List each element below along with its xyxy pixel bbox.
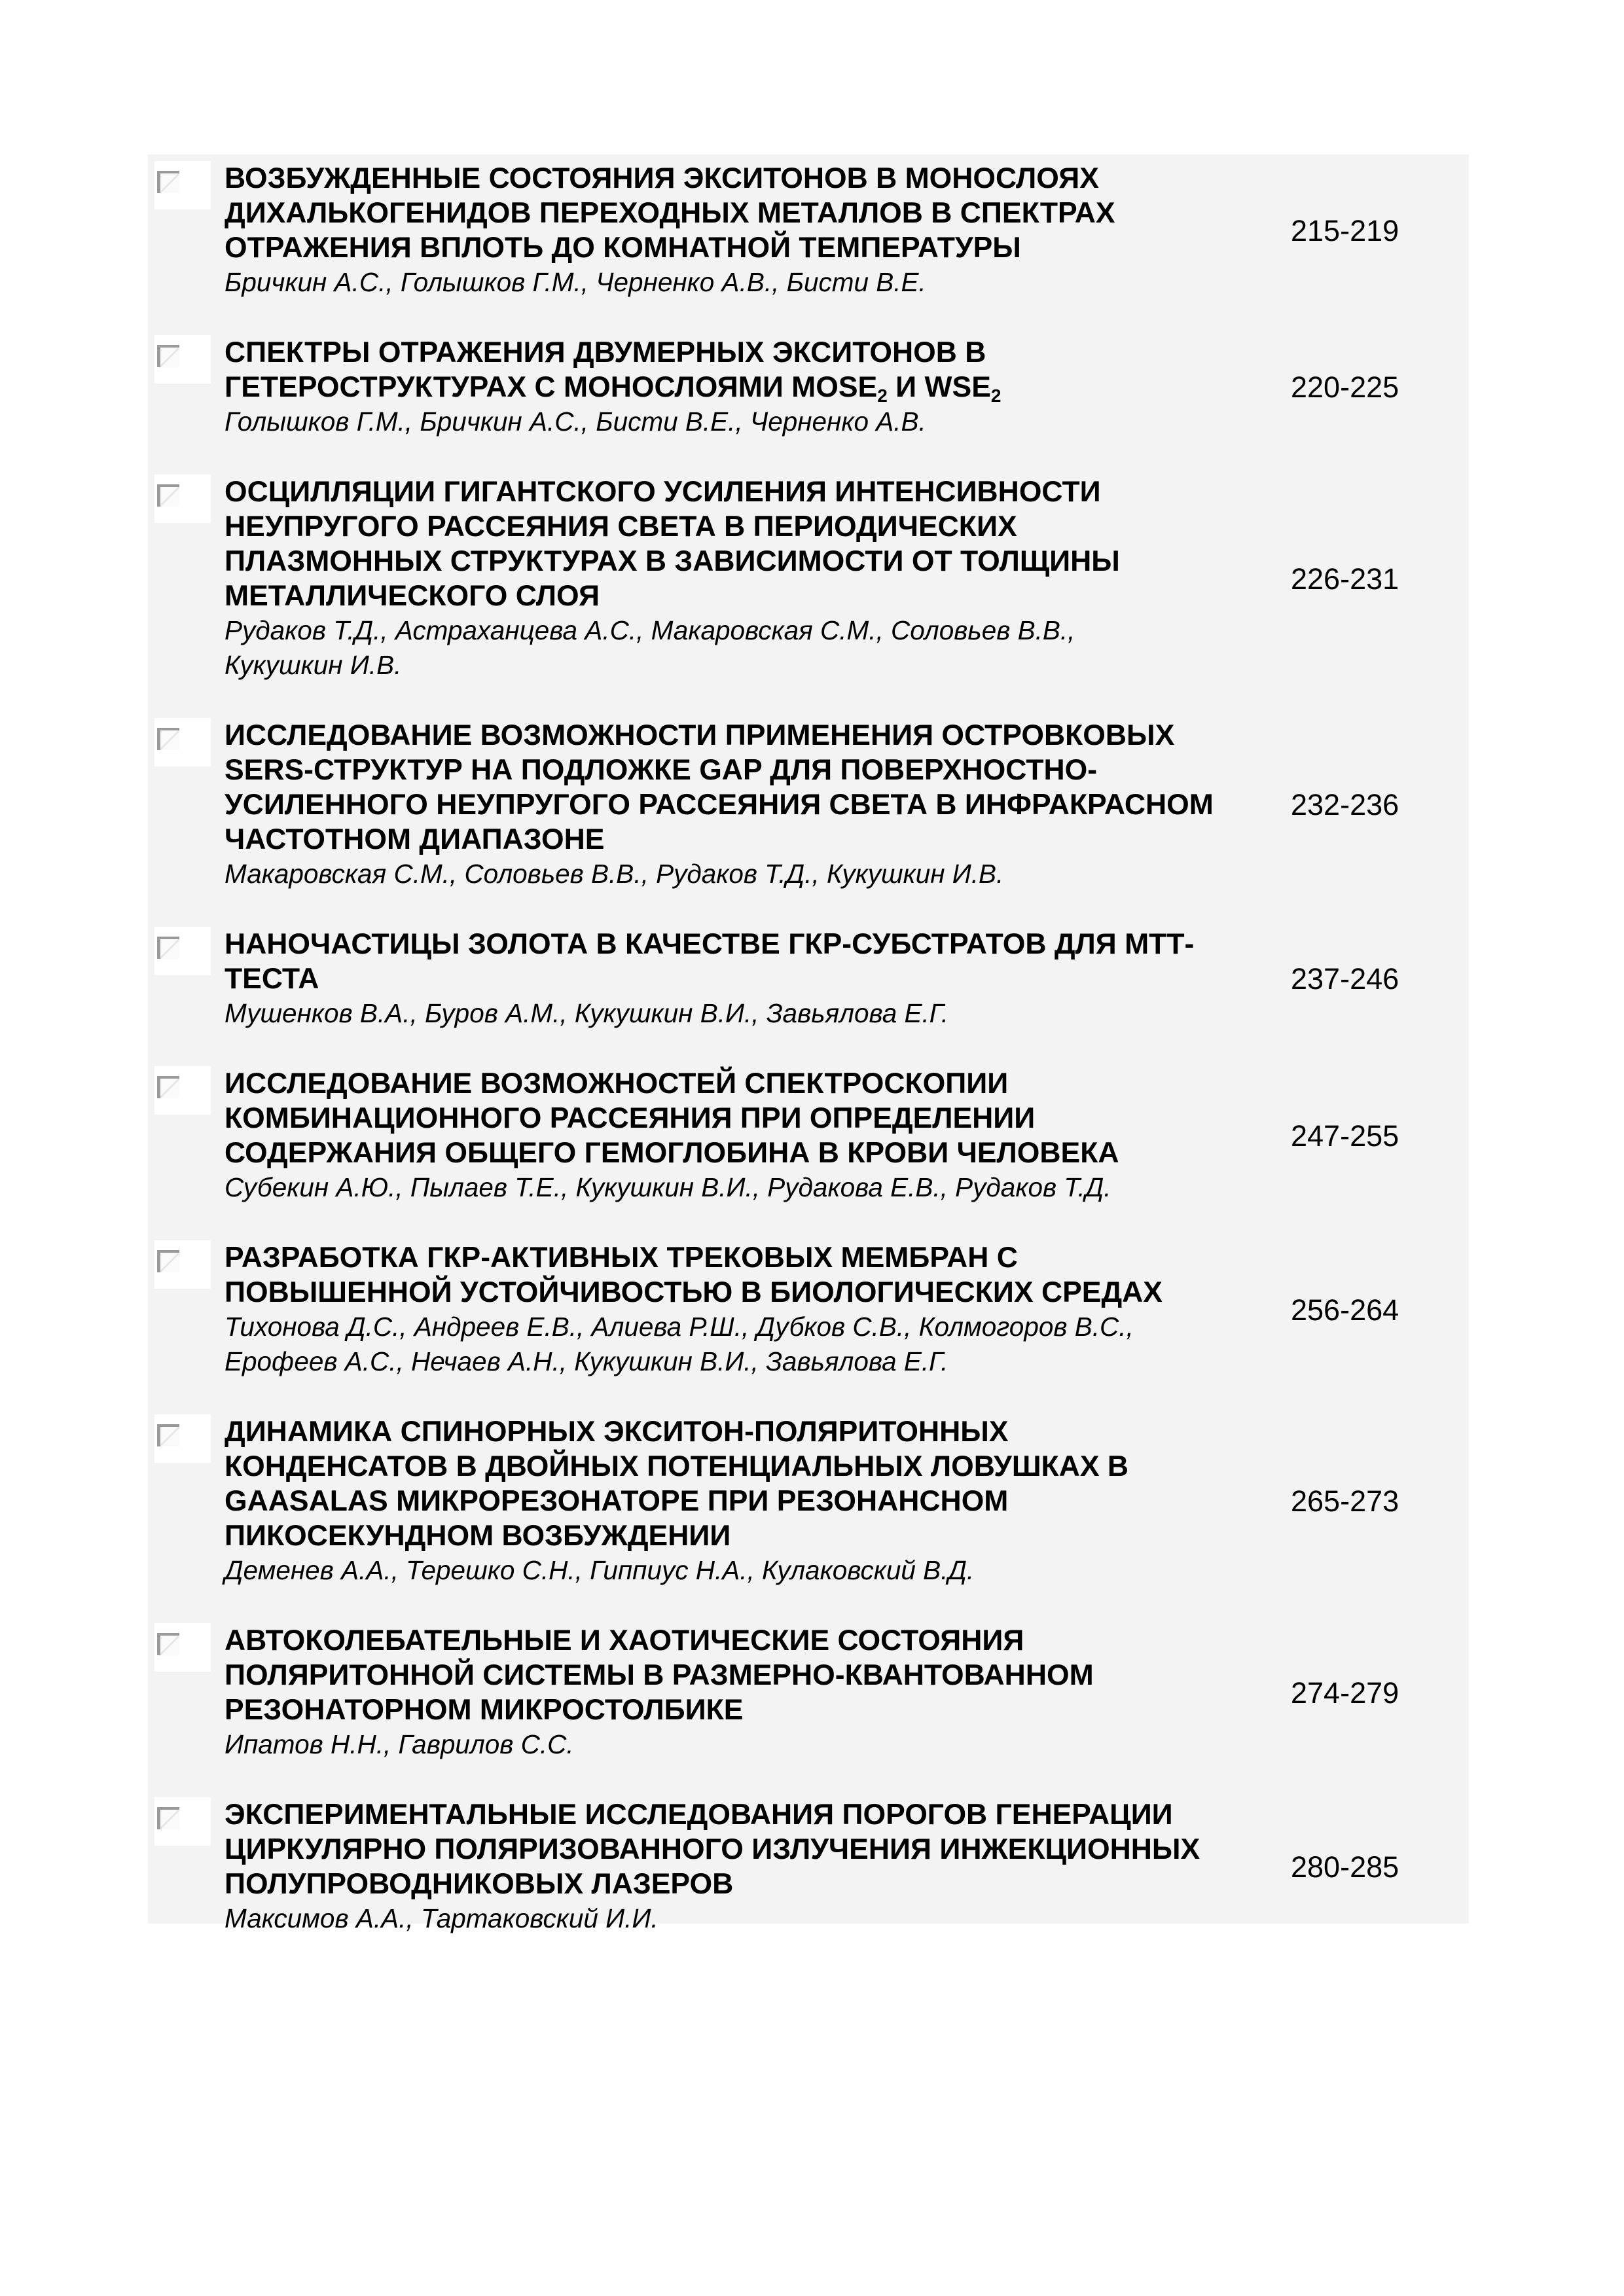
toc-entry: ЭКСПЕРИМЕНТАЛЬНЫЕ ИССЛЕДОВАНИЯ ПОРОГОВ Г… bbox=[148, 1791, 1469, 1965]
checkbox-icon bbox=[157, 1424, 179, 1446]
table-of-contents: ВОЗБУЖДЕННЫЕ СОСТОЯНИЯ ЭКСИТОНОВ В МОНОС… bbox=[148, 154, 1469, 1924]
select-article-checkbox[interactable] bbox=[154, 161, 211, 209]
checkbox-cell bbox=[148, 329, 225, 468]
checkbox-icon bbox=[157, 937, 179, 959]
article-cell: ДИНАМИКА СПИНОРНЫХ ЭКСИТОН-ПОЛЯРИТОННЫХ … bbox=[225, 1408, 1239, 1617]
checkbox-icon bbox=[157, 1807, 179, 1829]
toc-entry: ОСЦИЛЛЯЦИИ ГИГАНТСКОГО УСИЛЕНИЯ ИНТЕНСИВ… bbox=[148, 468, 1469, 711]
article-title[interactable]: ДИНАМИКА СПИНОРНЫХ ЭКСИТОН-ПОЛЯРИТОННЫХ … bbox=[225, 1414, 1239, 1553]
article-cell: ОСЦИЛЛЯЦИИ ГИГАНТСКОГО УСИЛЕНИЯ ИНТЕНСИВ… bbox=[225, 468, 1239, 711]
checkbox-cell bbox=[148, 1617, 225, 1791]
article-cell: ИССЛЕДОВАНИЕ ВОЗМОЖНОСТИ ПРИМЕНЕНИЯ ОСТР… bbox=[225, 711, 1239, 920]
checkbox-cell bbox=[148, 1234, 225, 1408]
toc-entry: СПЕКТРЫ ОТРАЖЕНИЯ ДВУМЕРНЫХ ЭКСИТОНОВ В … bbox=[148, 329, 1469, 468]
toc-entry: РАЗРАБОТКА ГКР-АКТИВНЫХ ТРЕКОВЫХ МЕМБРАН… bbox=[148, 1234, 1469, 1408]
checkbox-cell bbox=[148, 711, 225, 920]
article-pages: 247-255 bbox=[1239, 1060, 1469, 1234]
select-article-checkbox[interactable] bbox=[154, 1240, 211, 1289]
article-pages: 265-273 bbox=[1239, 1408, 1469, 1617]
select-article-checkbox[interactable] bbox=[154, 718, 211, 766]
article-authors: Бричкин А.С., Голышков Г.М., Черненко А.… bbox=[225, 265, 1193, 300]
checkbox-cell bbox=[148, 1060, 225, 1234]
checkbox-icon bbox=[157, 345, 179, 367]
article-authors: Голышков Г.М., Бричкин А.С., Бисти В.Е.,… bbox=[225, 404, 1193, 439]
toc-entry: ИССЛЕДОВАНИЕ ВОЗМОЖНОСТИ ПРИМЕНЕНИЯ ОСТР… bbox=[148, 711, 1469, 920]
toc-entry: ИССЛЕДОВАНИЕ ВОЗМОЖНОСТЕЙ СПЕКТРОСКОПИИ … bbox=[148, 1060, 1469, 1234]
select-article-checkbox[interactable] bbox=[154, 1066, 211, 1115]
checkbox-cell bbox=[148, 468, 225, 711]
article-pages: 280-285 bbox=[1239, 1791, 1469, 1965]
article-title[interactable]: ИССЛЕДОВАНИЕ ВОЗМОЖНОСТИ ПРИМЕНЕНИЯ ОСТР… bbox=[225, 718, 1239, 857]
article-title[interactable]: РАЗРАБОТКА ГКР-АКТИВНЫХ ТРЕКОВЫХ МЕМБРАН… bbox=[225, 1240, 1239, 1310]
article-pages: 256-264 bbox=[1239, 1234, 1469, 1408]
article-title[interactable]: ОСЦИЛЛЯЦИИ ГИГАНТСКОГО УСИЛЕНИЯ ИНТЕНСИВ… bbox=[225, 475, 1239, 613]
select-article-checkbox[interactable] bbox=[154, 927, 211, 975]
checkbox-cell bbox=[148, 154, 225, 329]
article-title[interactable]: ВОЗБУЖДЕННЫЕ СОСТОЯНИЯ ЭКСИТОНОВ В МОНОС… bbox=[225, 161, 1239, 265]
checkbox-icon bbox=[157, 484, 179, 507]
checkbox-icon bbox=[157, 171, 179, 193]
article-authors: Рудаков Т.Д., Астраханцева А.С., Макаров… bbox=[225, 613, 1193, 683]
article-title[interactable]: ИССЛЕДОВАНИЕ ВОЗМОЖНОСТЕЙ СПЕКТРОСКОПИИ … bbox=[225, 1066, 1239, 1170]
article-authors: Тихонова Д.С., Андреев Е.В., Алиева Р.Ш.… bbox=[225, 1310, 1193, 1379]
checkbox-icon bbox=[157, 1250, 179, 1272]
article-pages: 274-279 bbox=[1239, 1617, 1469, 1791]
article-title[interactable]: АВТОКОЛЕБАТЕЛЬНЫЕ И ХАОТИЧЕСКИЕ СОСТОЯНИ… bbox=[225, 1623, 1239, 1727]
select-article-checkbox[interactable] bbox=[154, 475, 211, 523]
article-title[interactable]: СПЕКТРЫ ОТРАЖЕНИЯ ДВУМЕРНЫХ ЭКСИТОНОВ В … bbox=[225, 335, 1239, 404]
checkbox-icon bbox=[157, 1633, 179, 1655]
toc-entry: НАНОЧАСТИЦЫ ЗОЛОТА В КАЧЕСТВЕ ГКР-СУБСТР… bbox=[148, 920, 1469, 1060]
article-authors: Ипатов Н.Н., Гаврилов С.С. bbox=[225, 1727, 1193, 1762]
checkbox-cell bbox=[148, 920, 225, 1060]
subscript: 2 bbox=[991, 386, 1001, 406]
checkbox-cell bbox=[148, 1791, 225, 1965]
article-authors: Максимов А.А., Тартаковский И.И. bbox=[225, 1901, 1193, 1936]
toc-entry: АВТОКОЛЕБАТЕЛЬНЫЕ И ХАОТИЧЕСКИЕ СОСТОЯНИ… bbox=[148, 1617, 1469, 1791]
article-title[interactable]: НАНОЧАСТИЦЫ ЗОЛОТА В КАЧЕСТВЕ ГКР-СУБСТР… bbox=[225, 927, 1239, 996]
toc-entry: ВОЗБУЖДЕННЫЕ СОСТОЯНИЯ ЭКСИТОНОВ В МОНОС… bbox=[148, 154, 1469, 329]
article-pages: 237-246 bbox=[1239, 920, 1469, 1060]
article-cell: РАЗРАБОТКА ГКР-АКТИВНЫХ ТРЕКОВЫХ МЕМБРАН… bbox=[225, 1234, 1239, 1408]
select-article-checkbox[interactable] bbox=[154, 335, 211, 384]
article-cell: ВОЗБУЖДЕННЫЕ СОСТОЯНИЯ ЭКСИТОНОВ В МОНОС… bbox=[225, 154, 1239, 329]
article-pages: 215-219 bbox=[1239, 154, 1469, 329]
select-article-checkbox[interactable] bbox=[154, 1623, 211, 1672]
select-article-checkbox[interactable] bbox=[154, 1797, 211, 1846]
subscript: 2 bbox=[877, 386, 888, 406]
checkbox-icon bbox=[157, 1076, 179, 1098]
article-title[interactable]: ЭКСПЕРИМЕНТАЛЬНЫЕ ИССЛЕДОВАНИЯ ПОРОГОВ Г… bbox=[225, 1797, 1239, 1901]
article-pages: 226-231 bbox=[1239, 468, 1469, 711]
article-cell: СПЕКТРЫ ОТРАЖЕНИЯ ДВУМЕРНЫХ ЭКСИТОНОВ В … bbox=[225, 329, 1239, 468]
article-cell: ЭКСПЕРИМЕНТАЛЬНЫЕ ИССЛЕДОВАНИЯ ПОРОГОВ Г… bbox=[225, 1791, 1239, 1965]
article-authors: Макаровская С.М., Соловьев В.В., Рудаков… bbox=[225, 857, 1193, 891]
article-authors: Субекин А.Ю., Пылаев Т.Е., Кукушкин В.И.… bbox=[225, 1170, 1193, 1205]
select-article-checkbox[interactable] bbox=[154, 1414, 211, 1463]
checkbox-cell bbox=[148, 1408, 225, 1617]
article-pages: 220-225 bbox=[1239, 329, 1469, 468]
article-authors: Мушенков В.А., Буров А.М., Кукушкин В.И.… bbox=[225, 996, 1193, 1031]
article-cell: ИССЛЕДОВАНИЕ ВОЗМОЖНОСТЕЙ СПЕКТРОСКОПИИ … bbox=[225, 1060, 1239, 1234]
article-authors: Деменев А.А., Терешко С.Н., Гиппиус Н.А.… bbox=[225, 1553, 1193, 1588]
checkbox-icon bbox=[157, 728, 179, 750]
toc-table: ВОЗБУЖДЕННЫЕ СОСТОЯНИЯ ЭКСИТОНОВ В МОНОС… bbox=[148, 154, 1469, 1965]
article-cell: АВТОКОЛЕБАТЕЛЬНЫЕ И ХАОТИЧЕСКИЕ СОСТОЯНИ… bbox=[225, 1617, 1239, 1791]
toc-entry: ДИНАМИКА СПИНОРНЫХ ЭКСИТОН-ПОЛЯРИТОННЫХ … bbox=[148, 1408, 1469, 1617]
article-cell: НАНОЧАСТИЦЫ ЗОЛОТА В КАЧЕСТВЕ ГКР-СУБСТР… bbox=[225, 920, 1239, 1060]
article-pages: 232-236 bbox=[1239, 711, 1469, 920]
